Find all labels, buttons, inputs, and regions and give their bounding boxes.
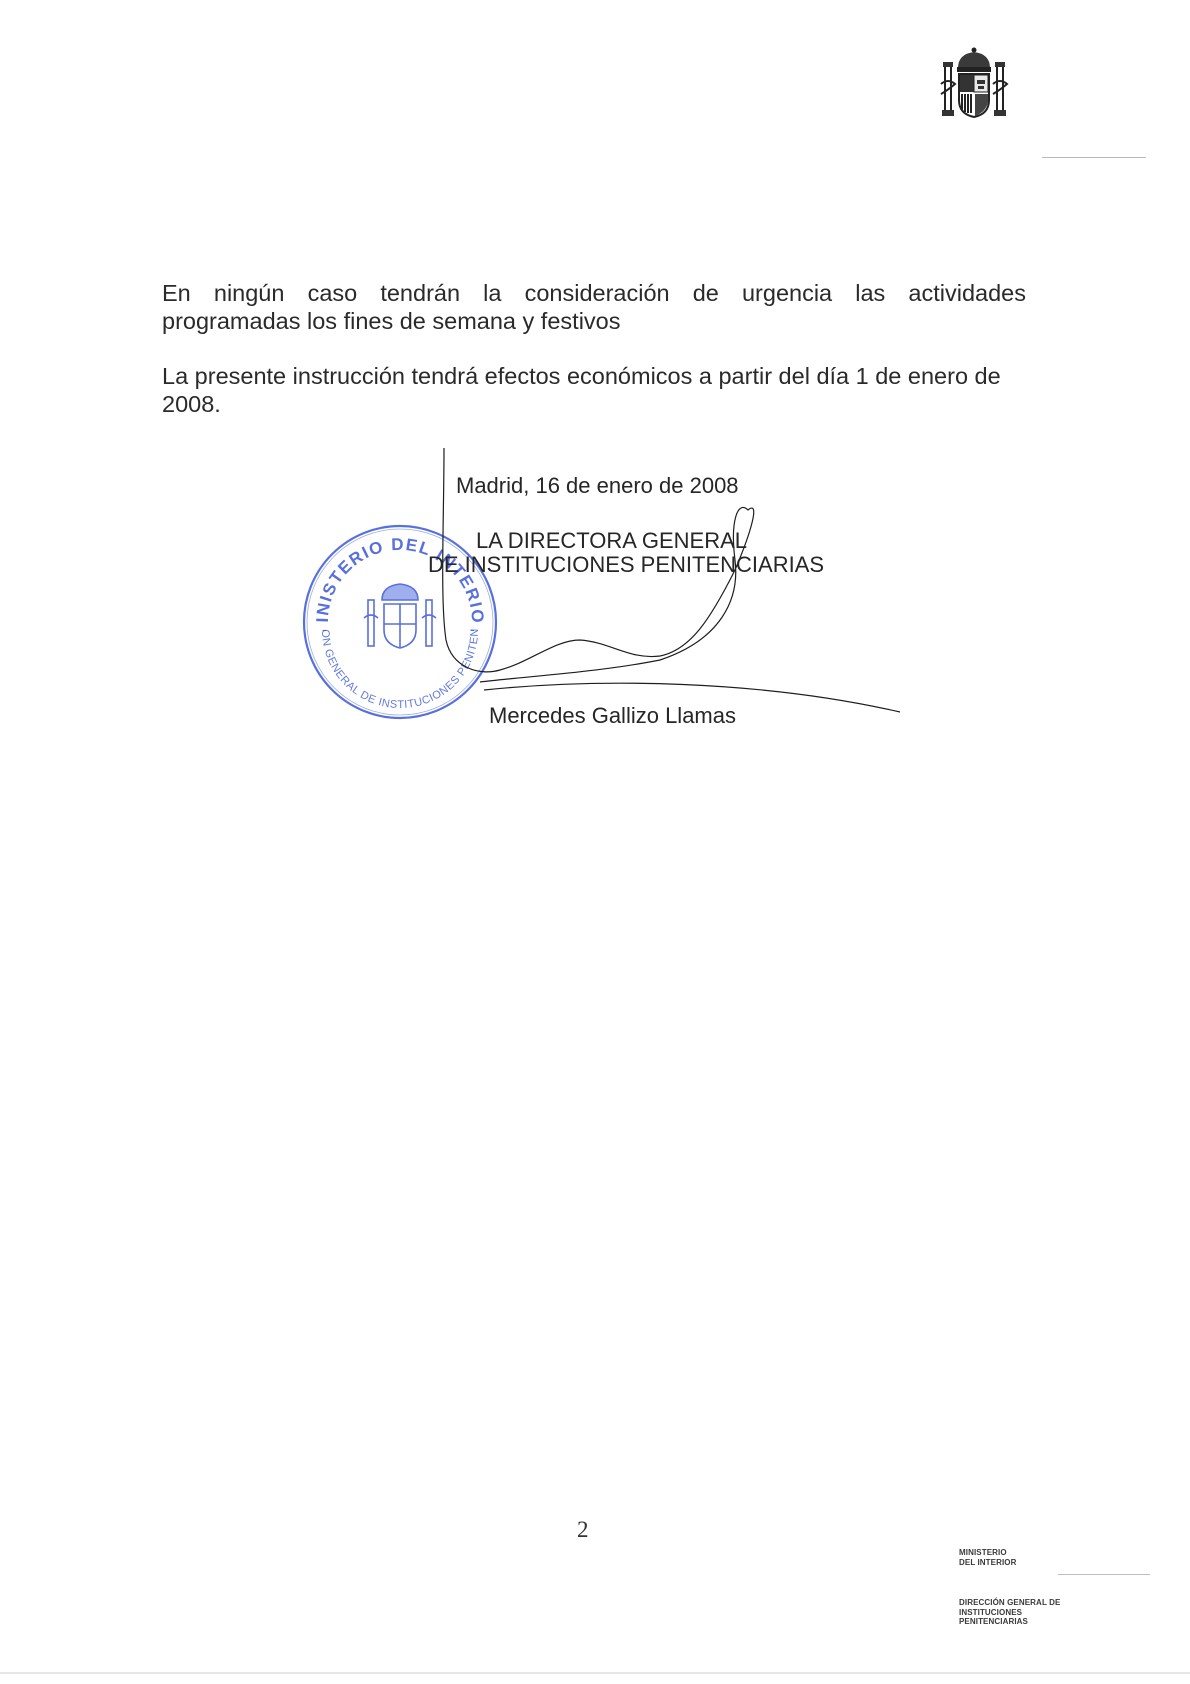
footer-divider (1058, 1574, 1150, 1575)
svg-text:-: - (470, 621, 475, 637)
footer-ministry: MINISTERIO DEL INTERIOR (959, 1548, 1017, 1567)
svg-text:DIRECCION GENERAL DE INSTITUCI: DIRECCION GENERAL DE INSTITUCIONES PENIT… (296, 513, 481, 711)
paragraph-economic-effects: La presente instrucción tendrá efectos e… (162, 362, 1026, 418)
paragraph-line: En ningún caso tendrán la consideración … (162, 279, 1026, 307)
footer-ministry-line: MINISTERIO (959, 1548, 1017, 1558)
signature-block: MINISTERIO DEL INTERIOR DIRECCION GENERA… (0, 0, 1190, 1684)
place-and-date: Madrid, 16 de enero de 2008 (456, 473, 739, 499)
svg-text:-: - (322, 621, 327, 637)
page-bottom-edge (0, 1672, 1190, 1674)
paragraph-urgency-exclusion: En ningún caso tendrán la consideración … (162, 279, 1026, 335)
footer-department-line: PENITENCIARIAS (959, 1617, 1060, 1627)
page-number: 2 (577, 1517, 589, 1543)
handwritten-signature-icon (0, 0, 1190, 1684)
footer-department-line: INSTITUCIONES (959, 1608, 1060, 1618)
footer-ministry-line: DEL INTERIOR (959, 1558, 1017, 1568)
header-divider (1042, 157, 1146, 158)
signer-title-line-2: DE INSTITUCIONES PENITENCIARIAS (428, 552, 824, 578)
signer-name: Mercedes Gallizo Llamas (489, 703, 736, 729)
svg-text:MINISTERIO DEL INTERIOR: MINISTERIO DEL INTERIOR (292, 507, 487, 625)
footer-department: DIRECCIÓN GENERAL DE INSTITUCIONES PENIT… (959, 1598, 1060, 1627)
official-stamp-icon: MINISTERIO DEL INTERIOR DIRECCION GENERA… (300, 522, 500, 722)
paragraph-line: programadas los fines de semana y festiv… (162, 308, 620, 334)
signer-title-line-1: LA DIRECTORA GENERAL (476, 528, 747, 554)
footer-department-line: DIRECCIÓN GENERAL DE (959, 1598, 1060, 1608)
spain-coat-of-arms-icon (934, 44, 1014, 124)
